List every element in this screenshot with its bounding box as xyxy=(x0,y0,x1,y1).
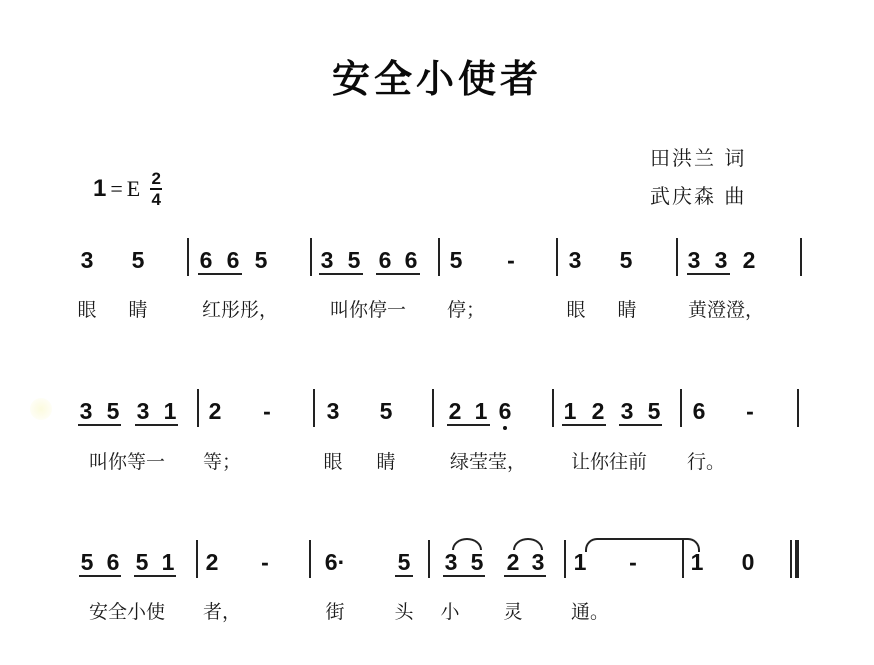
barline xyxy=(313,389,315,427)
note: 3 xyxy=(569,248,582,272)
lyricist-credit: 田洪兰 词 xyxy=(650,142,746,171)
barline xyxy=(676,238,678,276)
lyric: 行。 xyxy=(687,447,725,474)
note: 3 xyxy=(327,399,340,423)
final-barline-thin xyxy=(790,540,792,578)
note: 2 xyxy=(206,550,219,574)
note: 3 xyxy=(621,399,634,423)
note: 1 xyxy=(475,399,488,423)
eighth-underline xyxy=(319,273,363,275)
barline xyxy=(438,238,440,276)
note: 1 xyxy=(162,550,175,574)
hold-dash: - xyxy=(629,550,637,574)
note: 2 xyxy=(743,248,756,272)
lyric: 睛 xyxy=(128,295,147,322)
note: 5 xyxy=(107,399,120,423)
eighth-underline xyxy=(504,575,546,577)
eighth-underline xyxy=(443,575,485,577)
barline xyxy=(196,540,198,578)
slur-arc xyxy=(452,538,482,550)
lyric: 睛 xyxy=(617,295,636,322)
slur-arc xyxy=(513,538,543,550)
barline xyxy=(197,389,199,427)
eighth-underline xyxy=(376,273,420,275)
barline xyxy=(680,389,682,427)
note: 3 xyxy=(715,248,728,272)
note: 5 xyxy=(81,550,94,574)
barline xyxy=(797,389,799,427)
lyric: 者， xyxy=(203,597,241,624)
eighth-underline xyxy=(395,575,413,577)
barline xyxy=(682,540,684,578)
note: 3 xyxy=(80,399,93,423)
note: 1 xyxy=(164,399,177,423)
lyric: 小 xyxy=(440,597,459,624)
note: 5 xyxy=(255,248,268,272)
note: 3 xyxy=(321,248,334,272)
barline xyxy=(432,389,434,427)
note: 5 xyxy=(348,248,361,272)
lyric: 让你往前 xyxy=(571,447,647,474)
eighth-underline xyxy=(134,575,176,577)
key-signature: 1 = E 2 4 xyxy=(93,170,162,208)
barline xyxy=(187,238,189,276)
lyric: 停； xyxy=(447,295,485,322)
lyric: 红彤彤， xyxy=(202,295,278,322)
barline xyxy=(564,540,566,578)
note: 3 xyxy=(445,550,458,574)
barline xyxy=(428,540,430,578)
lyric: 眼 xyxy=(323,447,342,474)
hold-dash: - xyxy=(507,248,515,272)
note: 6 xyxy=(107,550,120,574)
note: 6 xyxy=(227,248,240,272)
lyric: 头 xyxy=(394,597,413,624)
song-title: 安全小使者 xyxy=(0,48,874,103)
note: 5 xyxy=(380,399,393,423)
scan-smudge xyxy=(30,398,52,420)
eighth-underline xyxy=(135,424,178,426)
note: 0 xyxy=(742,550,755,574)
note: 1 xyxy=(691,550,704,574)
lyric: 灵 xyxy=(503,597,522,624)
hold-dash: - xyxy=(261,550,269,574)
lyric: 叫你等一 xyxy=(89,447,165,474)
time-denominator: 4 xyxy=(152,191,161,208)
eighth-underline xyxy=(78,424,121,426)
note: 5 xyxy=(398,550,411,574)
note: 6· xyxy=(325,550,345,574)
note: 5 xyxy=(450,248,463,272)
lyric: 叫你停一 xyxy=(330,295,406,322)
key-equals: = xyxy=(110,176,122,202)
note: 6 xyxy=(200,248,213,272)
lyric: 安全小使 xyxy=(89,597,165,624)
lyric: 黄澄澄， xyxy=(688,295,764,322)
note: 3 xyxy=(532,550,545,574)
note: 5 xyxy=(648,399,661,423)
lyric: 等； xyxy=(203,447,241,474)
note: 5 xyxy=(471,550,484,574)
hold-dash: - xyxy=(746,399,754,423)
note: 6 xyxy=(379,248,392,272)
note: 6 xyxy=(499,399,512,423)
note: 6 xyxy=(693,399,706,423)
lyric: 眼 xyxy=(77,295,96,322)
barline xyxy=(310,238,312,276)
barline xyxy=(800,238,802,276)
final-barline-thick xyxy=(795,540,799,578)
note: 1 xyxy=(574,550,587,574)
eighth-underline xyxy=(687,273,730,275)
note: 5 xyxy=(132,248,145,272)
note: 2 xyxy=(209,399,222,423)
note: 5 xyxy=(620,248,633,272)
barline xyxy=(552,389,554,427)
eighth-underline xyxy=(198,273,242,275)
barline xyxy=(556,238,558,276)
note: 6 xyxy=(405,248,418,272)
barline xyxy=(309,540,311,578)
hold-dash: - xyxy=(263,399,271,423)
note: 1 xyxy=(564,399,577,423)
key-tonic: 1 xyxy=(93,175,106,203)
lyric: 睛 xyxy=(376,447,395,474)
note: 3 xyxy=(688,248,701,272)
note: 3 xyxy=(81,248,94,272)
note: 5 xyxy=(136,550,149,574)
note: 2 xyxy=(449,399,462,423)
eighth-underline xyxy=(619,424,662,426)
eighth-underline xyxy=(447,424,490,426)
lyric: 通。 xyxy=(571,597,609,624)
time-signature: 2 4 xyxy=(150,170,162,208)
note: 3 xyxy=(137,399,150,423)
time-numerator: 2 xyxy=(152,170,161,187)
note: 2 xyxy=(507,550,520,574)
eighth-underline xyxy=(79,575,121,577)
lyric: 眼 xyxy=(566,295,585,322)
composer-credit: 武庆森 曲 xyxy=(650,180,746,209)
note: 2 xyxy=(592,399,605,423)
low-octave-dot xyxy=(503,426,507,430)
lyric: 街 xyxy=(325,597,344,624)
lyric: 绿莹莹， xyxy=(450,447,526,474)
eighth-underline xyxy=(562,424,606,426)
key-name: E xyxy=(127,176,140,202)
